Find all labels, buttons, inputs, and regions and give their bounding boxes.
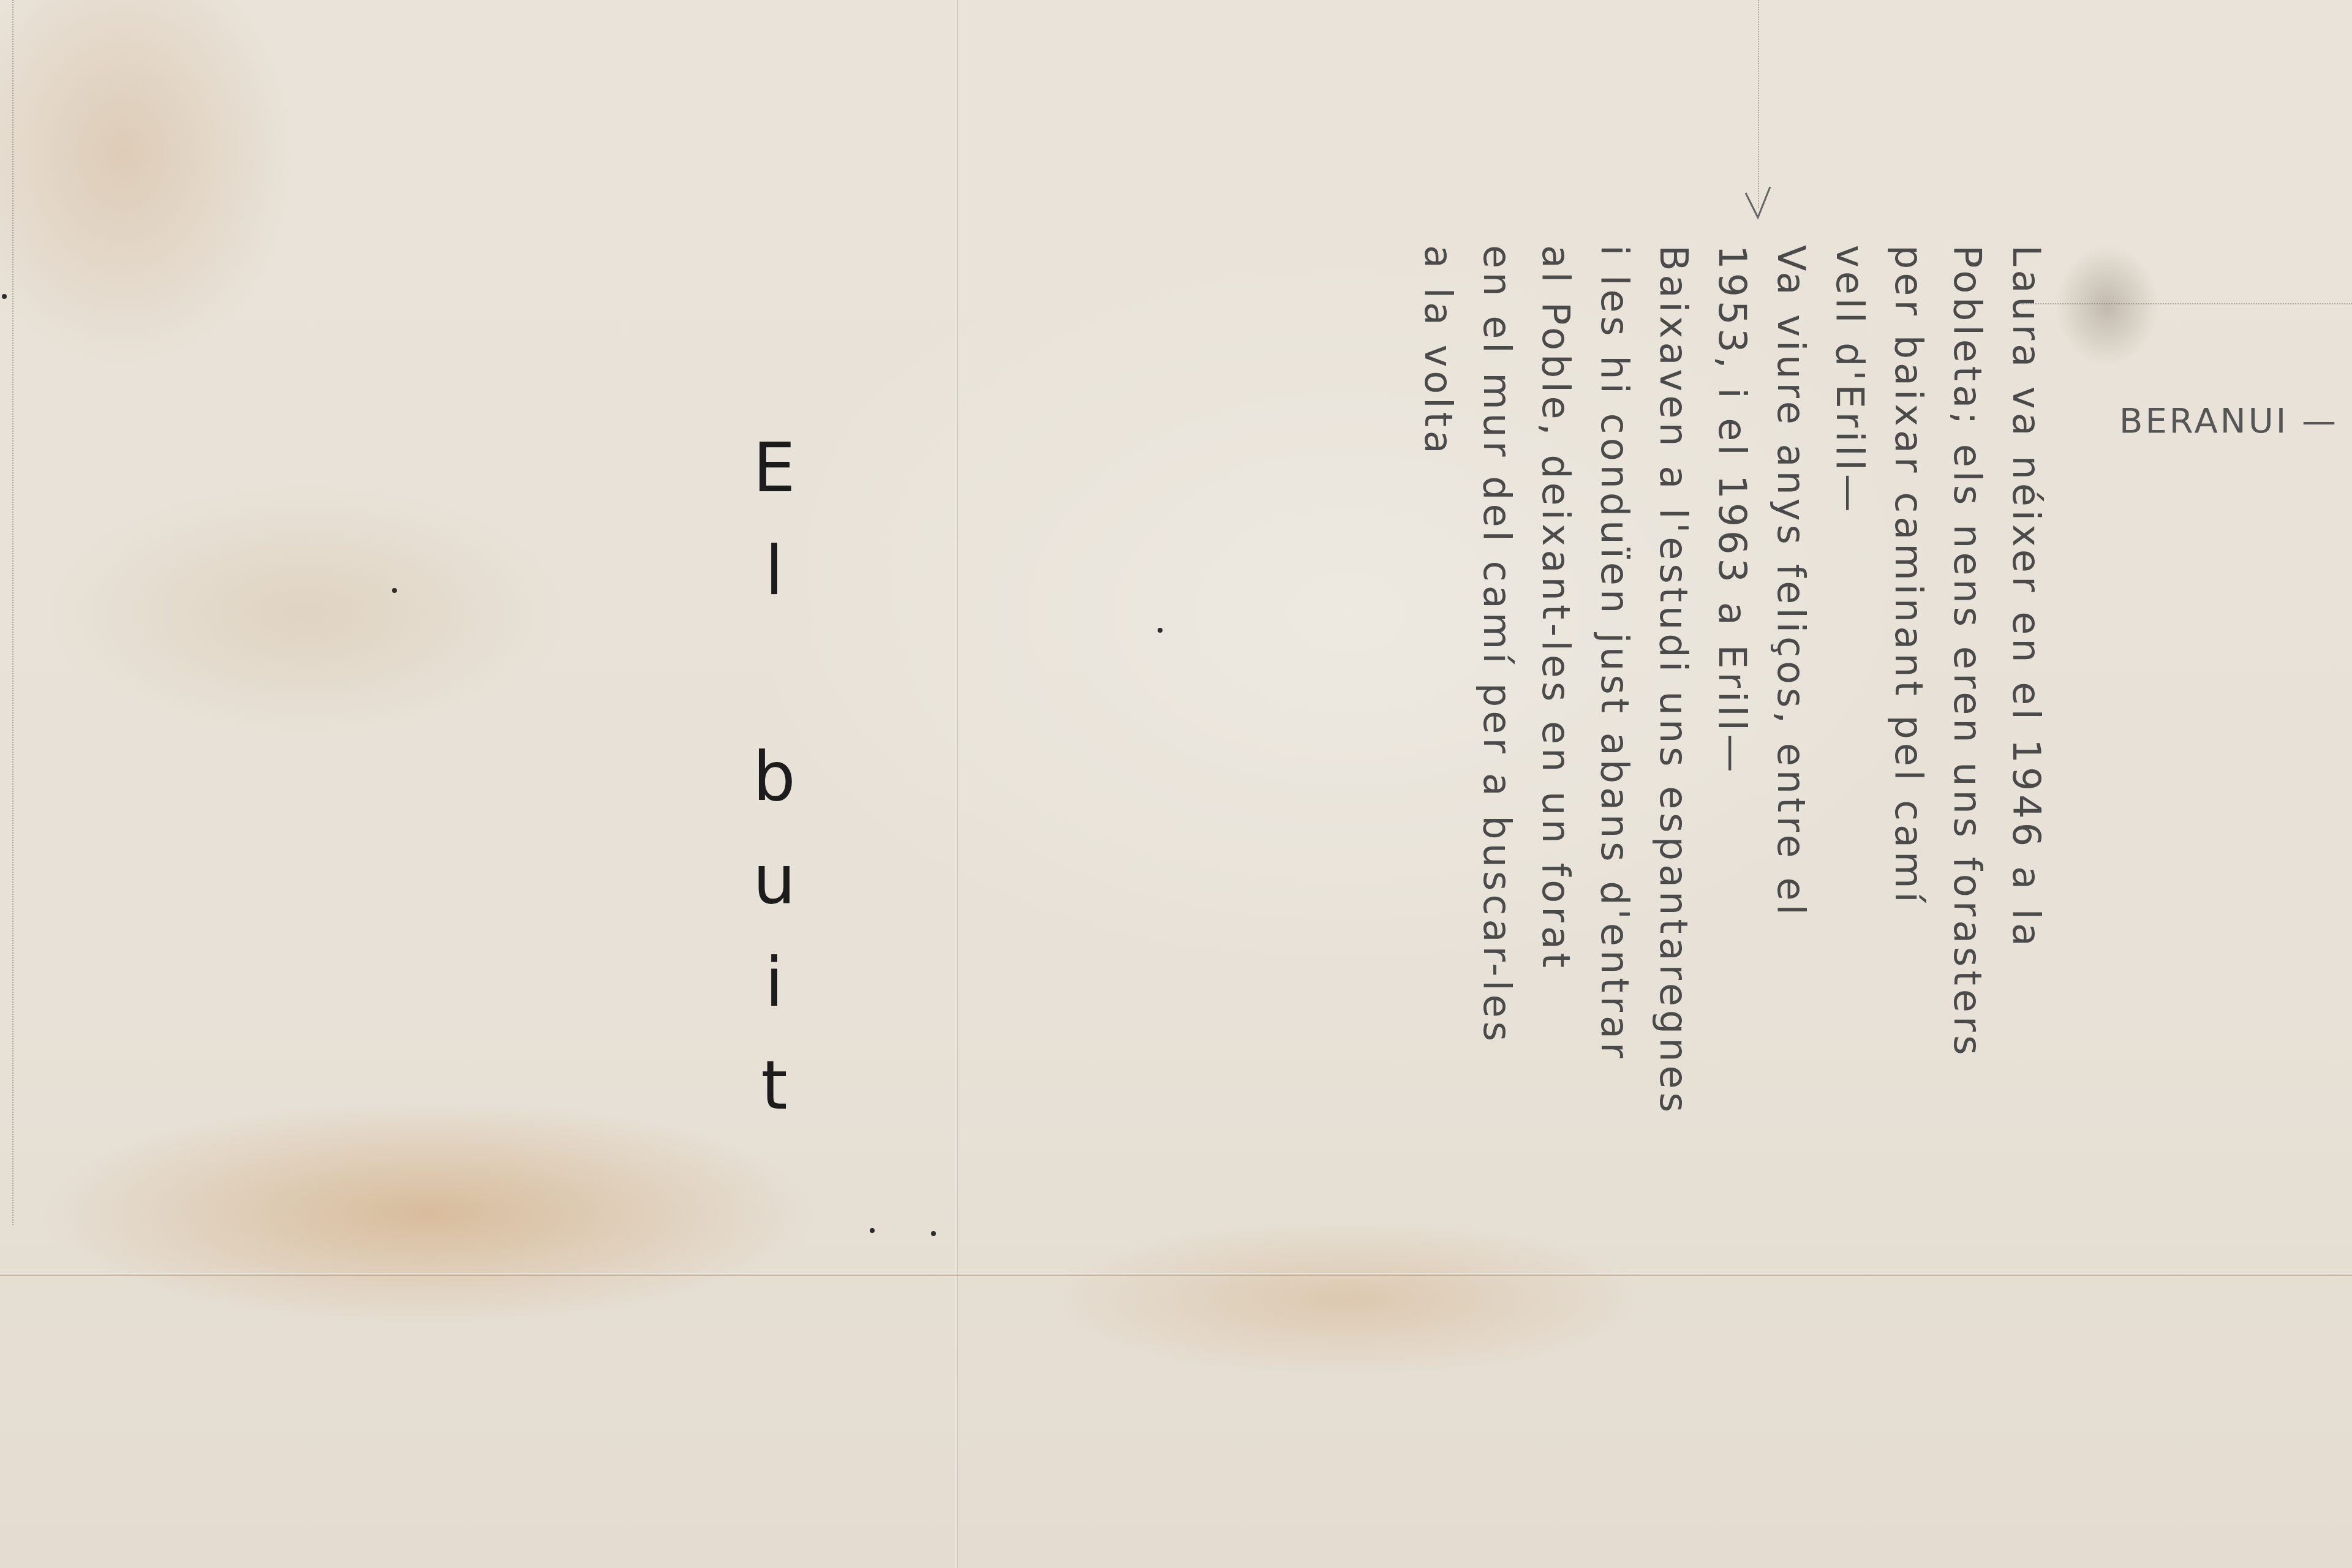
ink-speck (392, 588, 397, 593)
ink-speck (870, 1228, 875, 1233)
down-arrow-icon (1743, 184, 1773, 221)
paragraph-line: a la volta (1409, 245, 1468, 1347)
paragraph-line: al Poble, deixant-les en un forat (1526, 245, 1585, 1347)
paragraph-line: 1953, i el 1963 a Erill— (1703, 245, 1762, 1347)
paragraph-line: en el mur del camí per a buscar-les (1468, 245, 1526, 1347)
paragraph-line: Laura va néixer en el 1946 a la (1997, 245, 2056, 1347)
pencil-guide-line-top (1758, 0, 1760, 208)
handwritten-paragraph: Laura va néixer en el 1946 a la Pobleta;… (1409, 245, 2056, 1347)
paragraph-line: vell d'Erill— (1820, 245, 1879, 1347)
paragraph-line: Va viure anys feliços, entre el (1762, 245, 1820, 1347)
ink-speck (2, 294, 7, 299)
ink-speck (1158, 628, 1163, 633)
paper-sheet: El buit Laura va néixer en el 1946 a la … (0, 0, 2352, 1568)
pencil-guide-line-right (2021, 303, 2352, 306)
ink-speck (931, 1231, 936, 1236)
paragraph-line: i les hi conduïen just abans d'entrar (1585, 245, 1644, 1347)
paragraph-line: Pobleta; els nens eren uns forasters (1938, 245, 1997, 1347)
vertical-fold-crease (956, 0, 958, 1568)
paragraph-line: per baixar caminant pel camí (1879, 245, 1938, 1347)
vertical-title: El buit (735, 429, 813, 1149)
pencil-guide-line-left (12, 0, 15, 1225)
paragraph-line: Baixaven a l'estudi uns espantaregnes (1644, 245, 1703, 1347)
side-label: BERANUI — (2119, 401, 2339, 441)
